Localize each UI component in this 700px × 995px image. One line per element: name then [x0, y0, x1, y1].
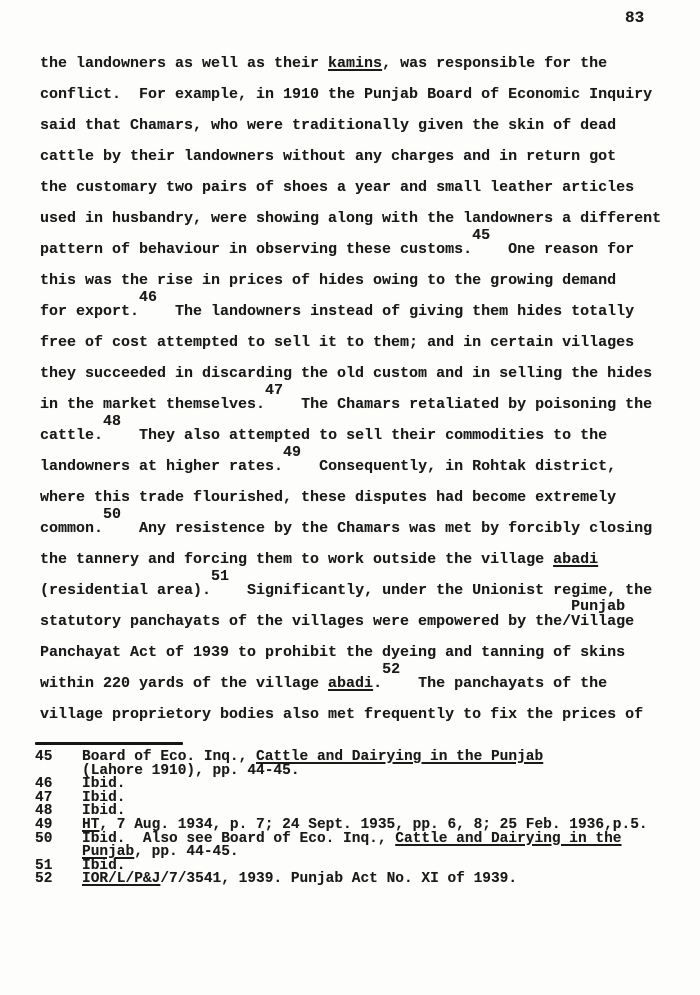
footnote-item: 50Ibid. Also see Board of Eco. Inq., Cat…: [35, 833, 685, 860]
text-line: village proprietory bodies also met freq…: [40, 699, 685, 730]
footnote-text: Ibid. Also see Board of Eco. Inq., Cattl…: [82, 833, 685, 860]
text-line: landowners at higher rates.49 Consequent…: [40, 451, 685, 482]
footnote-line: Ibid.: [82, 778, 685, 792]
footnote-number: 52: [35, 873, 82, 887]
text-line: cattle.48 They also attempted to sell th…: [40, 420, 685, 451]
text-line: cattle by their landowners without any c…: [40, 141, 685, 172]
scanned-document-page: 83 the landowners as well as their kamin…: [0, 0, 700, 995]
underlined-term: abadi: [553, 551, 598, 568]
footnote-item: 46Ibid.: [35, 778, 685, 792]
underlined-term: abadi: [328, 675, 373, 692]
footnotes-section: 45Board of Eco. Inq., Cattle and Dairyin…: [35, 751, 685, 887]
footnote-line: IOR/L/P&J/7/3541, 1939. Punjab Act No. X…: [82, 873, 685, 887]
footnote-reference: 48: [103, 413, 121, 430]
text-line: statutory panchayats of the villages wer…: [40, 606, 685, 637]
footnote-text: Ibid.: [82, 778, 685, 792]
footnote-text: Ibid.: [82, 792, 685, 806]
page-number: 83: [625, 8, 644, 28]
text-line: free of cost attempted to sell it to the…: [40, 327, 685, 358]
text-line: the customary two pairs of shoes a year …: [40, 172, 685, 203]
underlined-term: IOR/L/P&J: [82, 871, 160, 887]
text-line: where this trade flourished, these dispu…: [40, 482, 685, 513]
text-line: in the market themselves.47 The Chamars …: [40, 389, 685, 420]
text-line: used in husbandry, were showing along wi…: [40, 203, 685, 234]
footnote-reference: 46: [139, 289, 157, 306]
footnote-reference: 51: [211, 568, 229, 585]
text-line: conflict. For example, in 1910 the Punja…: [40, 79, 685, 110]
underlined-term: Cattle and Dairying in the: [395, 831, 621, 847]
body-text: the landowners as well as their kamins, …: [40, 48, 685, 730]
text-line: within 220 yards of the village abadi.52…: [40, 668, 685, 699]
footnote-line: Punjab, pp. 44-45.: [82, 846, 685, 860]
text-line: common.50 Any resistence by the Chamars …: [40, 513, 685, 544]
footnote-item: 47Ibid.: [35, 792, 685, 806]
text-line: they succeeded in discarding the old cus…: [40, 358, 685, 389]
text-line: Panchayat Act of 1939 to prohibit the dy…: [40, 637, 685, 668]
footnote-line: Ibid.: [82, 792, 685, 806]
footnote-reference: 52: [382, 661, 400, 678]
interlinear-insertion: Punjab: [571, 591, 625, 622]
text-line: the tannery and forcing them to work out…: [40, 544, 685, 575]
footnote-item: 45Board of Eco. Inq., Cattle and Dairyin…: [35, 751, 685, 778]
text-line: said that Chamars, who were traditionall…: [40, 110, 685, 141]
text-line: for export.46 The landowners instead of …: [40, 296, 685, 327]
footnote-text: IOR/L/P&J/7/3541, 1939. Punjab Act No. X…: [82, 873, 685, 887]
footnote-number: 45: [35, 751, 82, 765]
footnote-reference: 49: [283, 444, 301, 461]
text-line: this was the rise in prices of hides owi…: [40, 265, 685, 296]
footnote-line: (Lahore 1910), pp. 44-45.: [82, 765, 685, 779]
footnote-text: Board of Eco. Inq., Cattle and Dairying …: [82, 751, 685, 778]
footnote-reference: 47: [265, 382, 283, 399]
footnote-reference: 45: [472, 227, 490, 244]
text-line: the landowners as well as their kamins, …: [40, 48, 685, 79]
footnote-number: 50: [35, 833, 82, 847]
text-line: pattern of behaviour in observing these …: [40, 234, 685, 265]
footnote-item: 52IOR/L/P&J/7/3541, 1939. Punjab Act No.…: [35, 873, 685, 887]
footnote-separator-rule: [35, 742, 183, 745]
underlined-term: kamins: [328, 55, 382, 72]
footnote-reference: 50: [103, 506, 121, 523]
